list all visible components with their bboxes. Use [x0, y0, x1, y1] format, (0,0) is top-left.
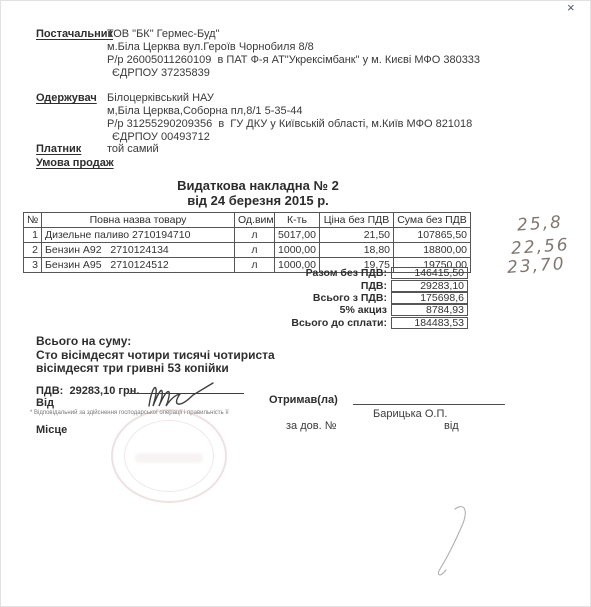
- cell-num: 2: [24, 243, 42, 258]
- signature-line: [129, 393, 244, 394]
- total-value: 184483,53: [391, 317, 468, 329]
- cell-num: 3: [24, 258, 42, 273]
- place-label: Місце: [36, 424, 67, 436]
- proxy-from-label: від: [444, 420, 459, 432]
- cell-price: 21,50: [320, 228, 394, 243]
- signature-stroke-icon: [141, 380, 251, 410]
- supplier-name: ТОВ "БК" Гермес-Буд": [107, 28, 219, 40]
- round-stamp-icon: [111, 409, 227, 503]
- receiver-bank: Р/р 31255290209356 в ГУ ДКУ у Київській …: [107, 118, 472, 130]
- col-header-qty: К-ть: [275, 213, 320, 228]
- col-header-num: №: [24, 213, 42, 228]
- total-row: Всього з ПДВ: 175698,6: [151, 292, 471, 304]
- total-label: Всього з ПДВ:: [151, 292, 391, 304]
- amount-words-label: Всього на суму:: [36, 334, 131, 348]
- document-date: від 24 березня 2015 р.: [108, 193, 408, 208]
- table-row: 2 Бензин А92 2710124134 л 1000,00 18,80 …: [24, 243, 471, 258]
- table-row: 1 Дизельне паливо 2710194710 л 5017,00 2…: [24, 228, 471, 243]
- handwritten-note: 25,8: [516, 212, 563, 235]
- supplier-address: м.Біла Церква вул.Героїв Чорнобиля 8/8: [107, 41, 314, 53]
- total-value: 8784,93: [391, 304, 468, 316]
- sale-terms-label: Умова продаж: [36, 157, 114, 169]
- total-row: 5% акциз 8784,93: [151, 304, 471, 316]
- totals-block: Разом без ПДВ: 146415,50 ПДВ: 29283,10 В…: [151, 267, 471, 329]
- cell-name: Дизельне паливо 2710194710: [42, 228, 235, 243]
- cell-num: 1: [24, 228, 42, 243]
- total-label: ПДВ:: [151, 280, 391, 292]
- amount-words-line1: Сто вісімдесят чотири тисячі чотириста: [36, 348, 275, 362]
- cell-unit: л: [235, 243, 275, 258]
- total-row: Разом без ПДВ: 146415,50: [151, 267, 471, 279]
- supplier-bank: Р/р 26005011260109 в ПАТ Ф-я АТ"Укрексім…: [107, 54, 480, 66]
- amount-words-line2: вісімдесят три гривні 53 копійки: [36, 361, 229, 375]
- receiver-name: Білоцерківський НАУ: [107, 92, 214, 104]
- from-label: Від: [36, 397, 54, 409]
- document-title: Видаткова накладна № 2: [108, 178, 408, 193]
- total-value: 175698,6: [391, 292, 468, 304]
- vat-amount-line: ПДВ: 29283,10 грн.: [36, 385, 139, 397]
- total-value: 29283,10: [391, 280, 468, 292]
- supplier-label: Постачальник: [36, 28, 113, 40]
- total-label: Разом без ПДВ:: [151, 267, 391, 279]
- payer-label: Платник: [36, 143, 81, 155]
- cell-qty: 1000,00: [275, 243, 320, 258]
- handwritten-note: 23,70: [506, 254, 566, 278]
- total-row: ПДВ: 29283,10: [151, 279, 471, 291]
- col-header-price: Ціна без ПДВ: [320, 213, 394, 228]
- table-header-row: № Повна назва товару Од.вим. К-ть Ціна б…: [24, 213, 471, 228]
- invoice-document: × Постачальник ТОВ "БК" Гермес-Буд" м.Бі…: [0, 0, 591, 607]
- cell-sum: 18800,00: [394, 243, 471, 258]
- cell-sum: 107865,50: [394, 228, 471, 243]
- total-value: 146415,50: [391, 267, 468, 279]
- cell-price: 18,80: [320, 243, 394, 258]
- payer-value: той самий: [107, 143, 159, 155]
- received-name: Барицька О.П.: [373, 408, 447, 420]
- cell-unit: л: [235, 228, 275, 243]
- col-header-unit: Од.вим.: [235, 213, 275, 228]
- col-header-sum: Сума без ПДВ: [394, 213, 471, 228]
- received-label: Отримав(ла): [269, 394, 338, 406]
- receiver-edrpou: ЄДРПОУ 00493712: [112, 131, 210, 143]
- total-row: Всього до сплати: 184483,53: [151, 317, 471, 329]
- proxy-label: за дов. №: [286, 420, 337, 432]
- total-label: Всього до сплати:: [151, 317, 391, 329]
- close-icon[interactable]: ×: [567, 1, 575, 15]
- supplier-edrpou: ЄДРПОУ 37235839: [112, 67, 210, 79]
- receiver-address: м,Біла Церква,Соборна пл,8/1 5-35-44: [107, 105, 303, 117]
- receiver-label: Одержувач: [36, 92, 97, 104]
- col-header-name: Повна назва товару: [42, 213, 235, 228]
- pen-stroke-icon: [419, 501, 489, 586]
- received-signature-line: [353, 404, 505, 405]
- items-table: № Повна назва товару Од.вим. К-ть Ціна б…: [23, 212, 471, 273]
- total-label: 5% акциз: [151, 304, 391, 316]
- cell-name: Бензин А92 2710124134: [42, 243, 235, 258]
- stamp-center-text: [135, 453, 203, 463]
- cell-qty: 5017,00: [275, 228, 320, 243]
